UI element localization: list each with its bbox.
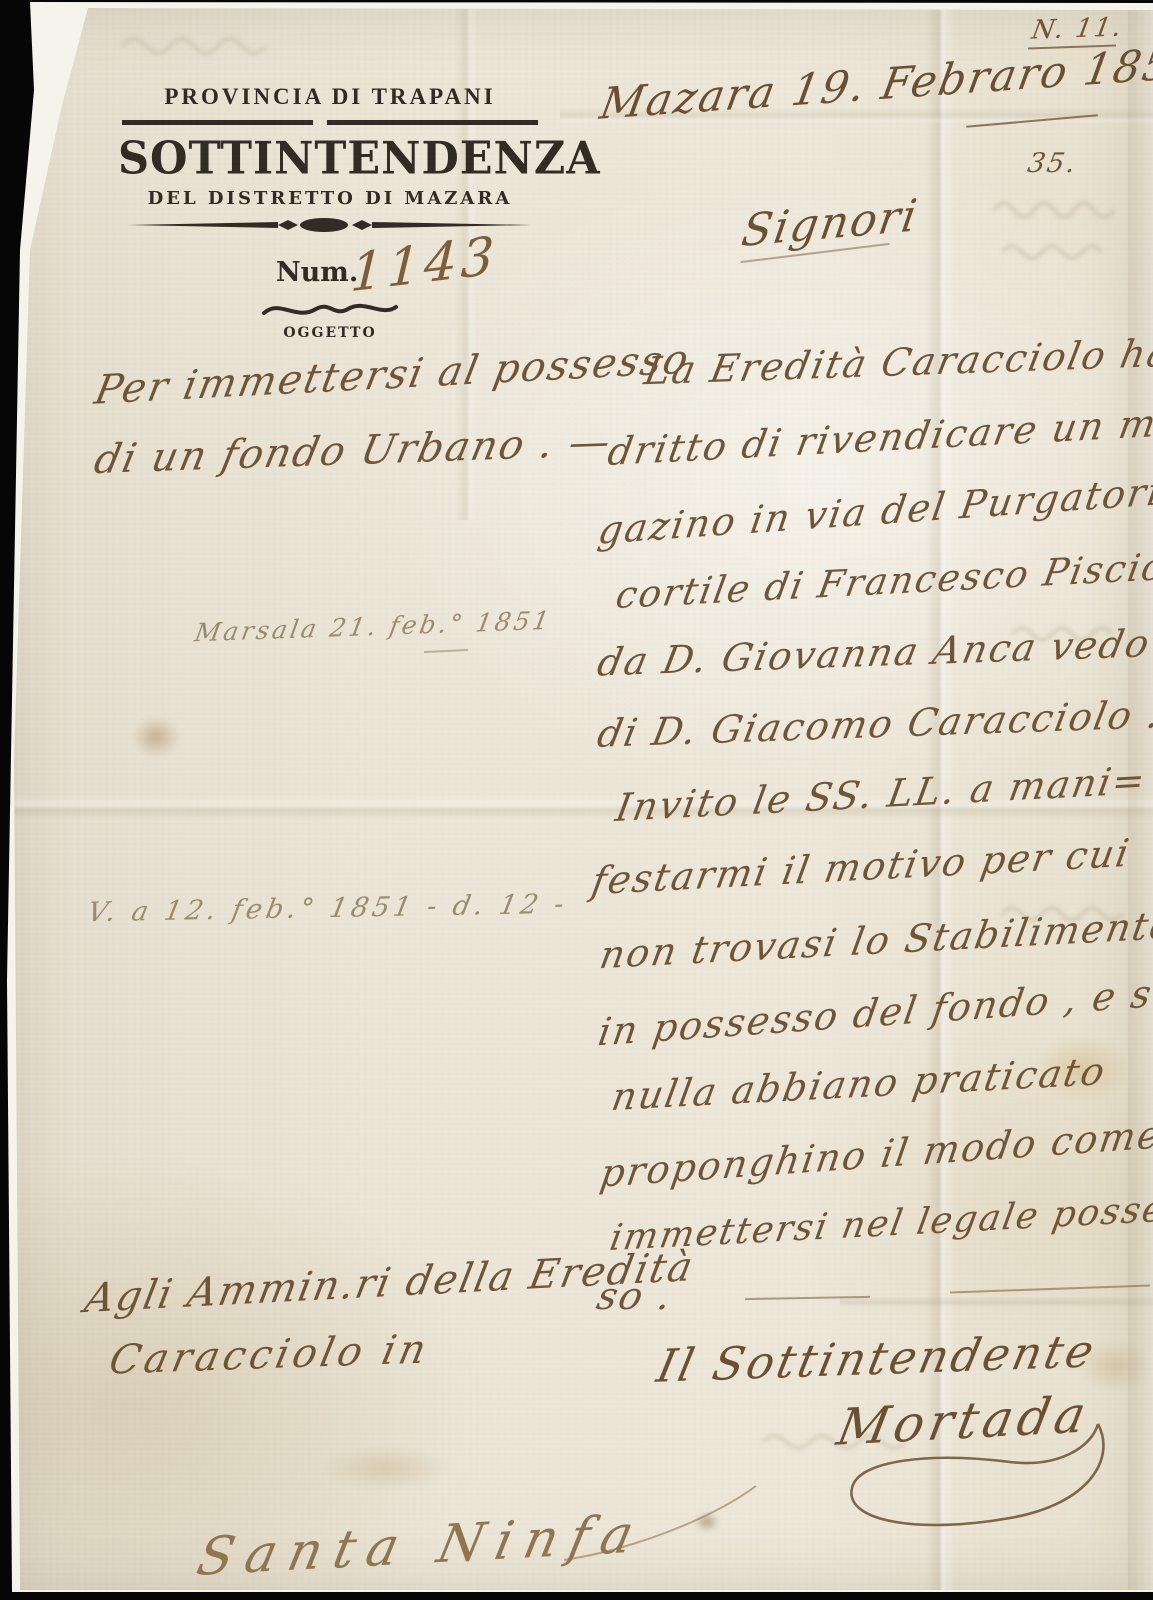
received-note: Marsala 21. feb.° 1851 [193, 606, 555, 648]
letterhead-rule [122, 120, 538, 125]
bleedthrough-mark [120, 30, 280, 60]
ink-underline [966, 114, 1098, 127]
body-line: in possesso del fondo , e se [595, 969, 1153, 1054]
body-line: di D. Giacomo Caracciolo . [594, 692, 1153, 756]
scan-background: PROVINCIA DI TRAPANI SOTTINTENDENZA DEL … [0, 0, 1153, 1600]
bleedthrough-mark [1000, 238, 1110, 264]
salutation: Signori [738, 190, 922, 257]
subject-label: OGGETTO [118, 325, 542, 341]
ink-dash [745, 1296, 870, 1300]
page-number: 35. [1025, 148, 1079, 179]
paper-sheet: PROVINCIA DI TRAPANI SOTTINTENDENZA DEL … [0, 0, 1153, 1600]
body-line: cortile di Francesco Pisciotta [613, 542, 1153, 617]
letterhead: PROVINCIA DI TRAPANI SOTTINTENDENZA DEL … [118, 84, 542, 341]
registry-note: V. a 12. feb.° 1851 - d. 12 - [85, 889, 571, 928]
squiggle-ornament-icon [260, 299, 400, 321]
flourish-icon [560, 1480, 760, 1570]
subject-line: di un fondo Urbano . — [90, 419, 616, 483]
body-line: da D. Giovanna Anca vedova [594, 619, 1153, 684]
fold-crease-horizontal [840, 1296, 1153, 1308]
office-title: SOTTINTENDENZA [118, 133, 542, 185]
closing: Il Sottintendente [652, 1324, 1101, 1393]
ink-stain [320, 1446, 450, 1490]
body-line: proponghino il modo come [597, 1112, 1153, 1196]
ink-stain [132, 716, 180, 758]
num-label: Num. [276, 257, 358, 288]
corner-number: N. 11. [1029, 12, 1125, 45]
body-line: gazino in via del Purgatorio [595, 467, 1153, 553]
subject-line: Per immettersi al possesso [91, 336, 694, 414]
ink-dash [950, 1285, 1150, 1294]
ink-underline [424, 649, 468, 653]
body-line: nulla abbiano praticato [608, 1049, 1109, 1119]
province-label: PROVINCIA DI TRAPANI [118, 84, 542, 110]
body-line: La Eredità Caracciolo ha [641, 331, 1153, 394]
body-line: festarmi il motivo per cui [588, 831, 1134, 904]
num-row: Num. 1143 [118, 243, 542, 297]
district-subtitle: DEL DISTRETTO DI MAZARA [118, 188, 542, 209]
body-line: dritto di rivendicare un ma= [604, 398, 1153, 474]
recipient-line: Caracciolo in [105, 1326, 434, 1384]
body-line: non trovasi lo Stabilimento [596, 903, 1153, 978]
bleedthrough-mark [992, 196, 1122, 222]
signature-flourish-icon [780, 1418, 1120, 1578]
num-value: 1143 [349, 226, 499, 305]
body-line: Invito le SS. LL. a mani= [612, 758, 1150, 830]
